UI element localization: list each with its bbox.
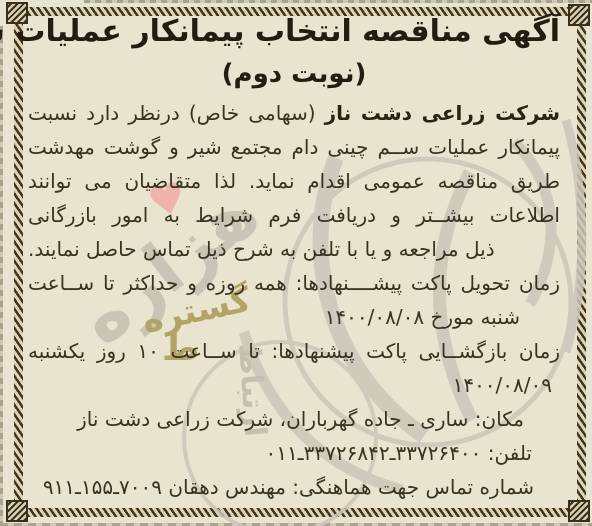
ornamental-border-right xyxy=(577,14,586,512)
phone-line: تلفن: ۳۳۷۲۶۴۰۰ـ۳۳۷۲۶۸۴۲ـ۰۱۱ xyxy=(28,436,560,470)
border-corner-knot xyxy=(568,500,590,522)
submission-date: شنبه مورخ ۱۴۰۰/۰۸/۰۸ xyxy=(28,300,560,334)
adjacent-frame-edge-left xyxy=(0,26,3,526)
adjacent-frame-edge-top xyxy=(84,0,592,3)
border-corner-knot xyxy=(6,500,28,522)
border-corner-knot xyxy=(568,4,590,26)
body-line-4: اطلاعات بیشــتر و دریافت فرم شرایط به ام… xyxy=(28,198,560,232)
contact-line: شماره تماس جهت هماهنگی: مهندس دهقان ۷۰۰۹… xyxy=(28,470,560,504)
opening-date: ۱۴۰۰/۰۸/۰۹ xyxy=(28,368,560,402)
ad-subtitle: (نوبت دوم) xyxy=(28,54,560,96)
body-line-6: زمان تحویل پاکت پیشــــنهادها: همه روزه … xyxy=(28,266,560,300)
body-line-2: پیمانکار عملیات ســم چینی دام مجتمع شیر … xyxy=(28,130,560,164)
ornamental-border-bottom xyxy=(14,508,578,517)
location-line: مکان: ساری ـ جاده گهرباران، شرکت زراعی د… xyxy=(28,402,560,436)
company-name: شرکت زراعی دشت ناز xyxy=(325,101,560,125)
body-line-3: طریق مناقصه عمومی اقدام نماید. لذا متقاض… xyxy=(28,164,560,198)
ad-title: آگهی مناقصه انتخاب پیمانکار عملیات سم چی… xyxy=(28,10,560,54)
ornamental-border-left xyxy=(14,20,23,512)
body-line-1: شرکت زراعی دشت ناز (سهامی خاص) درنظر دار… xyxy=(28,96,560,130)
body-line-5: ذیل مراجعه و یا با تلفن به شرح ذیل تماس … xyxy=(28,232,560,266)
body-line-8: زمان بازگشــایی پاکت پیشنهادها: تا ســاع… xyxy=(28,334,560,368)
ad-content: آگهی مناقصه انتخاب پیمانکار عملیات سم چی… xyxy=(28,10,560,504)
newspaper-tender-ad: هزاره گستره ط ارتباط ♥ آگهی مناقصه انتخا… xyxy=(0,0,592,526)
